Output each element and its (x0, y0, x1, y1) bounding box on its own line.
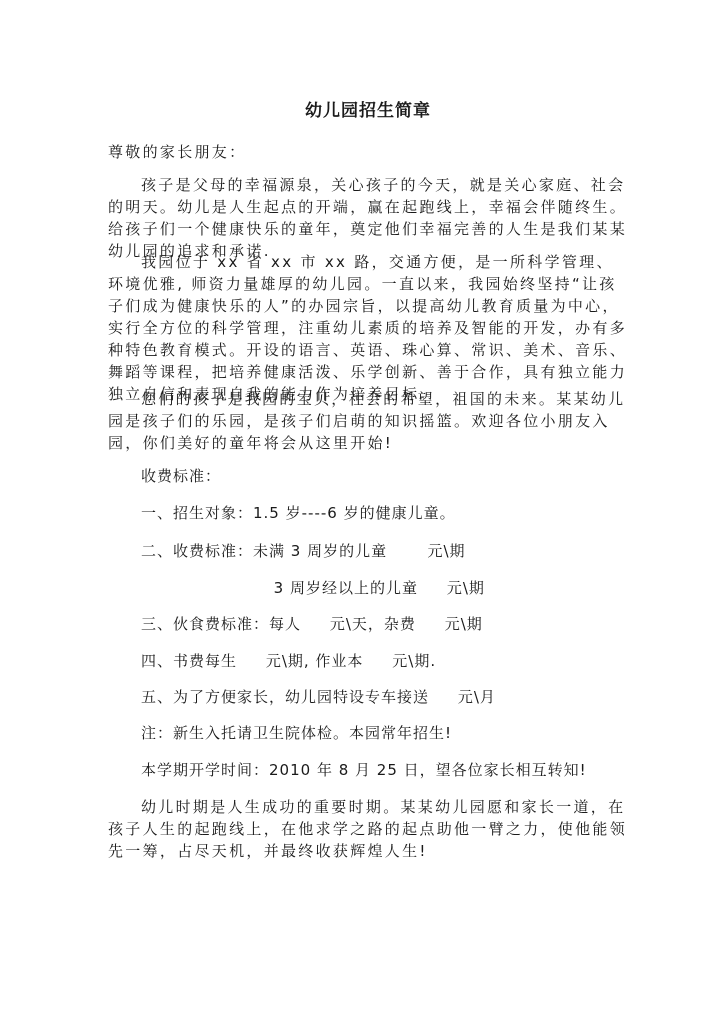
paragraph-intro: 孩子是父母的幸福源泉，关心孩子的今天，就是关心家庭、社会的明天。幼儿是人生起点的… (108, 174, 628, 262)
document-title: 幼儿园招生简章 (163, 96, 573, 121)
fee-item-1: 一、招生对象：1.5 岁----6 岁的健康儿童。 (141, 502, 456, 524)
salutation: 尊敬的家长朋友： (108, 141, 628, 163)
start-date: 本学期开学时间：2010 年 8 月 25 日，望各位家长相互转知! (141, 759, 587, 781)
fee-item-5: 五、为了方便家长，幼儿园特设专车接送 元\月 (141, 686, 496, 708)
paragraph-about: 我园位于 xx 省 xx 市 xx 路，交通方便，是一所科学管理、环境优雅, 师… (108, 251, 628, 405)
paragraph-closing: 幼儿时期是人生成功的重要时期。某某幼儿园愿和家长一道，在孩子人生的起跑线上，在他… (108, 796, 628, 862)
fee-item-2: 二、收费标准：未满 3 周岁的儿童 元\期 (141, 540, 466, 562)
note: 注：新生入托请卫生院体检。本园常年招生! (141, 722, 452, 744)
fee-item-4: 四、书费每生 元\期, 作业本 元\期. (141, 650, 436, 672)
fee-item-3: 三、伙食费标准：每人 元\天，杂费 元\期 (141, 613, 483, 635)
fee-item-2b: 3 周岁经以上的儿童 元\期 (141, 577, 485, 599)
fees-heading: 收费标准： (141, 465, 221, 487)
paragraph-welcome: 您们的孩子是我园的宝贝，社会的希望，祖国的未来。某某幼儿园是孩子们的乐园，是孩子… (108, 388, 628, 454)
